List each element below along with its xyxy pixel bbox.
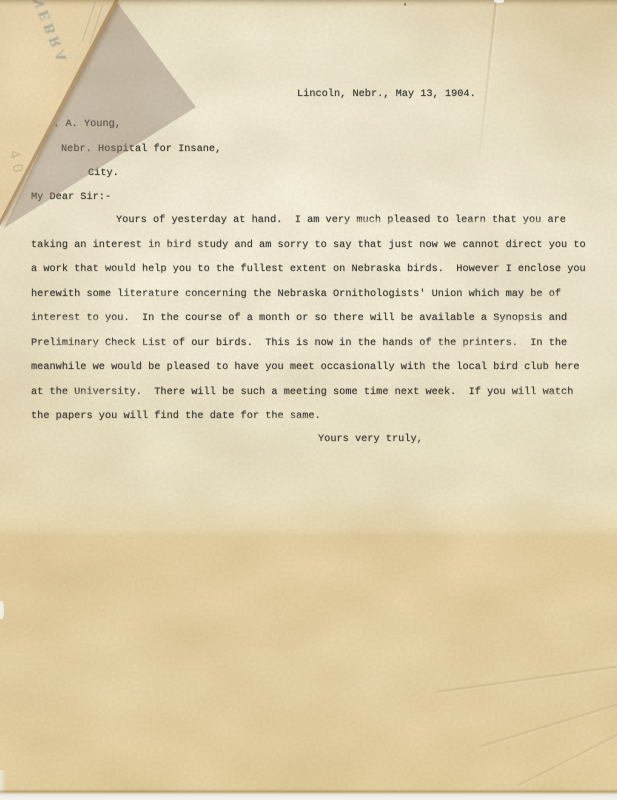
paper-notch-left [0, 601, 4, 619]
mirrored-showthrough-text: NEBRA [30, 0, 73, 67]
overlapping-document-corner: NEBRA 40 [0, 0, 250, 310]
paper-crease-bottom-right-3 [518, 730, 617, 786]
overlap-paper-face: NEBRA 40 [0, 0, 250, 310]
scan-edge-top [0, 0, 617, 7]
showthrough-rule-marks [82, 2, 104, 45]
dust-speck [404, 3, 406, 6]
paper-nick-top [494, 0, 504, 3]
paper-crease-bottom-right-2 [481, 700, 617, 747]
dateline: Lincoln, Nebr., May 13, 1904. [297, 89, 476, 100]
body-line: meanwhile we would be pleased to have yo… [31, 356, 586, 381]
body-line: the papers you will find the date for th… [31, 405, 586, 430]
faint-pencil-mark: 40 [5, 149, 26, 180]
scan-edge-bottom [0, 789, 617, 800]
closing-line: Yours very truly, [318, 434, 423, 445]
paper-crease-top-right [478, 0, 497, 159]
body-line: Preliminary Check List of our birds. Thi… [31, 332, 586, 357]
scanned-letter-page: Lincoln, Nebr., May 13, 1904. J. A. Youn… [0, 0, 617, 800]
body-line: at the University. There will be such a … [31, 381, 586, 406]
body-line: interest to you. In the course of a mont… [31, 307, 586, 332]
paper-crease-bottom-right-1 [436, 664, 617, 693]
